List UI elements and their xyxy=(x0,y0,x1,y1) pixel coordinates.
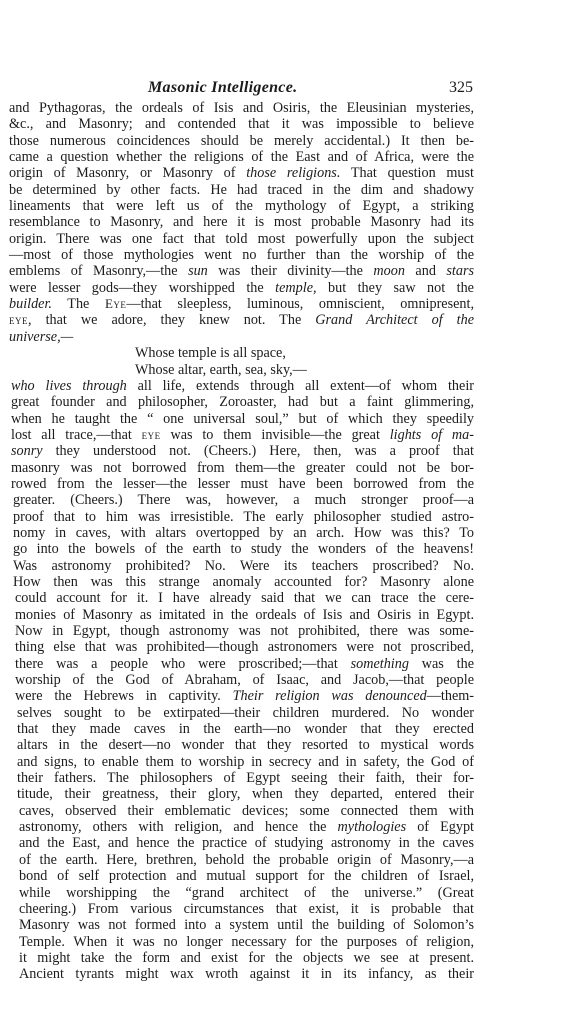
italic-text: builder. xyxy=(9,296,52,312)
text-line: builder. The Eye—that sleepless, luminou… xyxy=(9,296,474,312)
text-segment: masonry was not borrowed from them—the g… xyxy=(11,460,474,476)
text-line: rowed from the lesser—the lesser must ha… xyxy=(9,476,474,492)
text-segment: monies of Masonry as imitated in the ord… xyxy=(15,607,474,623)
text-segment: greater. (Cheers.) There was, however, a… xyxy=(13,492,474,508)
text-line: Now in Egypt, though astronomy was not p… xyxy=(9,623,474,639)
text-segment: their fathers. The philosophers of Egypt… xyxy=(17,770,474,786)
text-line: be determined by other facts. He had tra… xyxy=(9,182,474,198)
italic-text: something xyxy=(351,656,409,672)
text-segment: That question must xyxy=(340,165,474,181)
text-segment: came a question whether the religions of… xyxy=(9,149,474,165)
text-segment: How then was this strange anomaly accoun… xyxy=(13,574,474,590)
text-segment: it might take the form and exist for the… xyxy=(19,950,474,966)
text-line: while worshipping the “grand architect o… xyxy=(9,885,474,901)
text-line: titude, their greatness, their glory, wh… xyxy=(9,786,474,802)
text-line: Was astronomy prohibited? No. Were its t… xyxy=(9,558,474,574)
text-line: resemblance to Masonry, and here it is m… xyxy=(9,214,474,230)
text-line: nomy in caves, with altars overtopped by… xyxy=(9,525,474,541)
text-segment: and the East, and hence the practice of … xyxy=(19,835,474,851)
text-line: altars in the desert—no wonder that they… xyxy=(9,737,474,753)
text-segment: they understood not. (Cheers.) Here, the… xyxy=(43,443,474,459)
text-segment: was to them invisible—the great xyxy=(161,427,390,443)
text-line: origin of Masonry, or Masonry of those r… xyxy=(9,165,474,181)
text-line: who lives through all life, extends thro… xyxy=(9,378,474,394)
text-segment: —them- xyxy=(427,688,474,704)
text-segment: and Pythagoras, the ordeals of Isis and … xyxy=(9,100,474,116)
text-line: of the earth. Here, brethren, behold the… xyxy=(9,852,474,868)
text-segment: emblems of Masonry,—the xyxy=(9,263,188,279)
italic-text: mythologies xyxy=(338,819,407,835)
text-line: masonry was not borrowed from them—the g… xyxy=(9,460,474,476)
text-segment: go into the bowels of the earth to study… xyxy=(13,541,474,557)
text-segment: Ancient tyrants might wax wroth against … xyxy=(19,966,474,982)
text-line: eye, that we adore, they knew not. The G… xyxy=(9,312,474,328)
text-line: sonry they understood not. (Cheers.) Her… xyxy=(9,443,474,459)
text-segment: —that sleepless, luminous, omniscient, o… xyxy=(126,296,474,312)
text-segment: titude, their greatness, their glory, wh… xyxy=(17,786,474,802)
italic-text: sun xyxy=(188,263,208,279)
text-segment: and signs, to enable them to worship in … xyxy=(17,754,474,770)
italic-text: lights of ma- xyxy=(390,427,474,443)
text-segment: origin of Masonry, or Masonry of xyxy=(9,165,246,181)
italic-text: universe,— xyxy=(9,329,73,345)
text-line: caves, observed their emblematic devices… xyxy=(9,803,474,819)
text-segment: Masonry was not formed into a system unt… xyxy=(19,917,474,933)
text-segment: astronomy, others with religion, and hen… xyxy=(19,819,338,835)
page-header: Masonic Intelligence. 325 xyxy=(0,79,584,99)
text-line: there was a people who were proscribed;—… xyxy=(9,656,474,672)
text-line: bond of self protection and mutual suppo… xyxy=(9,868,474,884)
italic-text: moon xyxy=(373,263,405,279)
book-page: Masonic Intelligence. 325 and Pythagoras… xyxy=(0,0,584,1017)
text-segment: was the xyxy=(409,656,474,672)
text-segment: caves, observed their emblematic devices… xyxy=(19,803,474,819)
text-segment: altars in the desert—no wonder that they… xyxy=(17,737,474,753)
text-line: Ancient tyrants might wax wroth against … xyxy=(9,966,474,982)
text-line: astronomy, others with religion, and hen… xyxy=(9,819,474,835)
text-line: selves sought to be extirpated—their chi… xyxy=(9,705,474,721)
text-line: were lesser gods—they worshipped the tem… xyxy=(9,280,474,296)
text-line: thing else that was prohibited—though as… xyxy=(9,639,474,655)
text-segment: selves sought to be extirpated—their chi… xyxy=(17,705,474,721)
italic-text: stars xyxy=(446,263,474,279)
text-segment: rowed from the lesser—the lesser must ha… xyxy=(11,476,474,492)
text-line: and Pythagoras, the ordeals of Isis and … xyxy=(9,100,474,116)
text-line: cheering.) From various circumstances th… xyxy=(9,901,474,917)
text-line: universe,— xyxy=(9,329,474,345)
text-line: proof that to him was irresistible. The … xyxy=(9,509,474,525)
italic-text: Grand Architect of the xyxy=(315,312,474,328)
text-segment: nomy in caves, with altars overtopped by… xyxy=(13,525,474,541)
text-line: and the East, and hence the practice of … xyxy=(9,835,474,851)
text-segment: lineaments that were left us of the myth… xyxy=(9,198,474,214)
text-segment: resemblance to Masonry, and here it is m… xyxy=(9,214,474,230)
small-caps-text: Eye xyxy=(105,296,126,311)
verse-line: Whose temple is all space, xyxy=(9,345,474,361)
text-line: origin. There was one fact that told mos… xyxy=(9,231,474,247)
text-line: came a question whether the religions of… xyxy=(9,149,474,165)
text-line: lineaments that were left us of the myth… xyxy=(9,198,474,214)
text-segment: Now in Egypt, though astronomy was not p… xyxy=(15,623,474,639)
text-line: Temple. When it was no longer necessary … xyxy=(9,934,474,950)
italic-text: who lives through xyxy=(11,378,127,394)
text-line: that they made caves in the earth—no won… xyxy=(9,721,474,737)
text-segment: lost all trace,—that xyxy=(11,427,142,443)
small-caps-text: eye xyxy=(142,427,161,442)
body-text: and Pythagoras, the ordeals of Isis and … xyxy=(9,100,474,983)
text-segment: great founder and philosopher, Zoroaster… xyxy=(11,394,474,410)
text-segment: cheering.) From various circumstances th… xyxy=(19,901,474,917)
text-line: lost all trace,—that eye was to them inv… xyxy=(9,427,474,443)
text-segment: origin. There was one fact that told mos… xyxy=(9,231,474,247)
page-number: 325 xyxy=(449,79,473,97)
text-segment: when he taught the “ one universal soul,… xyxy=(11,411,474,427)
text-segment: and xyxy=(405,263,446,279)
text-segment: that they made caves in the earth—no won… xyxy=(17,721,474,737)
text-line: emblems of Masonry,—the sun was their di… xyxy=(9,263,474,279)
text-segment: , that we adore, they knew not. The xyxy=(28,312,315,328)
text-line: worship of the God of Abraham, of Isaac,… xyxy=(9,672,474,688)
text-segment: those numerous coincidences should be me… xyxy=(9,133,474,149)
text-segment: be determined by other facts. He had tra… xyxy=(9,182,474,198)
text-segment: were the Hebrews in captivity. xyxy=(15,688,233,704)
text-segment: were lesser gods—they worshipped the xyxy=(9,280,275,296)
text-segment: there was a people who were proscribed;—… xyxy=(15,656,351,672)
text-segment: bond of self protection and mutual suppo… xyxy=(19,868,474,884)
text-line: could account for it. I have already sai… xyxy=(9,590,474,606)
text-segment: Whose temple is all space, xyxy=(135,345,286,361)
italic-text: temple, xyxy=(275,280,316,296)
text-line: it might take the form and exist for the… xyxy=(9,950,474,966)
text-line: were the Hebrews in captivity. Their rel… xyxy=(9,688,474,704)
text-line: when he taught the “ one universal soul,… xyxy=(9,411,474,427)
running-title: Masonic Intelligence. xyxy=(148,79,297,97)
text-segment: worship of the God of Abraham, of Isaac,… xyxy=(15,672,474,688)
text-line: go into the bowels of the earth to study… xyxy=(9,541,474,557)
text-segment: all life, extends through all extent—of … xyxy=(127,378,474,394)
text-segment: while worshipping the “grand architect o… xyxy=(19,885,474,901)
text-segment: Was astronomy prohibited? No. Were its t… xyxy=(13,558,474,574)
text-segment: The xyxy=(52,296,105,312)
text-segment: Whose altar, earth, sea, sky,— xyxy=(135,362,307,378)
verse-line: Whose altar, earth, sea, sky,— xyxy=(9,362,474,378)
text-segment: of the earth. Here, brethren, behold the… xyxy=(19,852,474,868)
text-segment: proof that to him was irresistible. The … xyxy=(13,509,474,525)
text-segment: —most of those mythologies went no furth… xyxy=(9,247,474,263)
text-line: &c., and Masonry; and contended that it … xyxy=(9,116,474,132)
small-caps-text: eye xyxy=(9,312,28,327)
text-segment: was their divinity—the xyxy=(208,263,374,279)
text-line: How then was this strange anomaly accoun… xyxy=(9,574,474,590)
italic-text: sonry xyxy=(11,443,43,459)
text-line: their fathers. The philosophers of Egypt… xyxy=(9,770,474,786)
text-line: and signs, to enable them to worship in … xyxy=(9,754,474,770)
text-line: monies of Masonry as imitated in the ord… xyxy=(9,607,474,623)
text-line: those numerous coincidences should be me… xyxy=(9,133,474,149)
text-segment: could account for it. I have already sai… xyxy=(15,590,474,606)
text-segment: but they saw not the xyxy=(317,280,474,296)
text-line: greater. (Cheers.) There was, however, a… xyxy=(9,492,474,508)
text-segment: Temple. When it was no longer necessary … xyxy=(19,934,474,950)
italic-text: those religions. xyxy=(246,165,340,181)
text-segment: &c., and Masonry; and contended that it … xyxy=(9,116,474,132)
text-line: great founder and philosopher, Zoroaster… xyxy=(9,394,474,410)
text-segment: thing else that was prohibited—though as… xyxy=(15,639,474,655)
text-line: —most of those mythologies went no furth… xyxy=(9,247,474,263)
text-line: Masonry was not formed into a system unt… xyxy=(9,917,474,933)
text-segment: of Egypt xyxy=(406,819,474,835)
italic-text: Their religion was denounced xyxy=(233,688,427,704)
